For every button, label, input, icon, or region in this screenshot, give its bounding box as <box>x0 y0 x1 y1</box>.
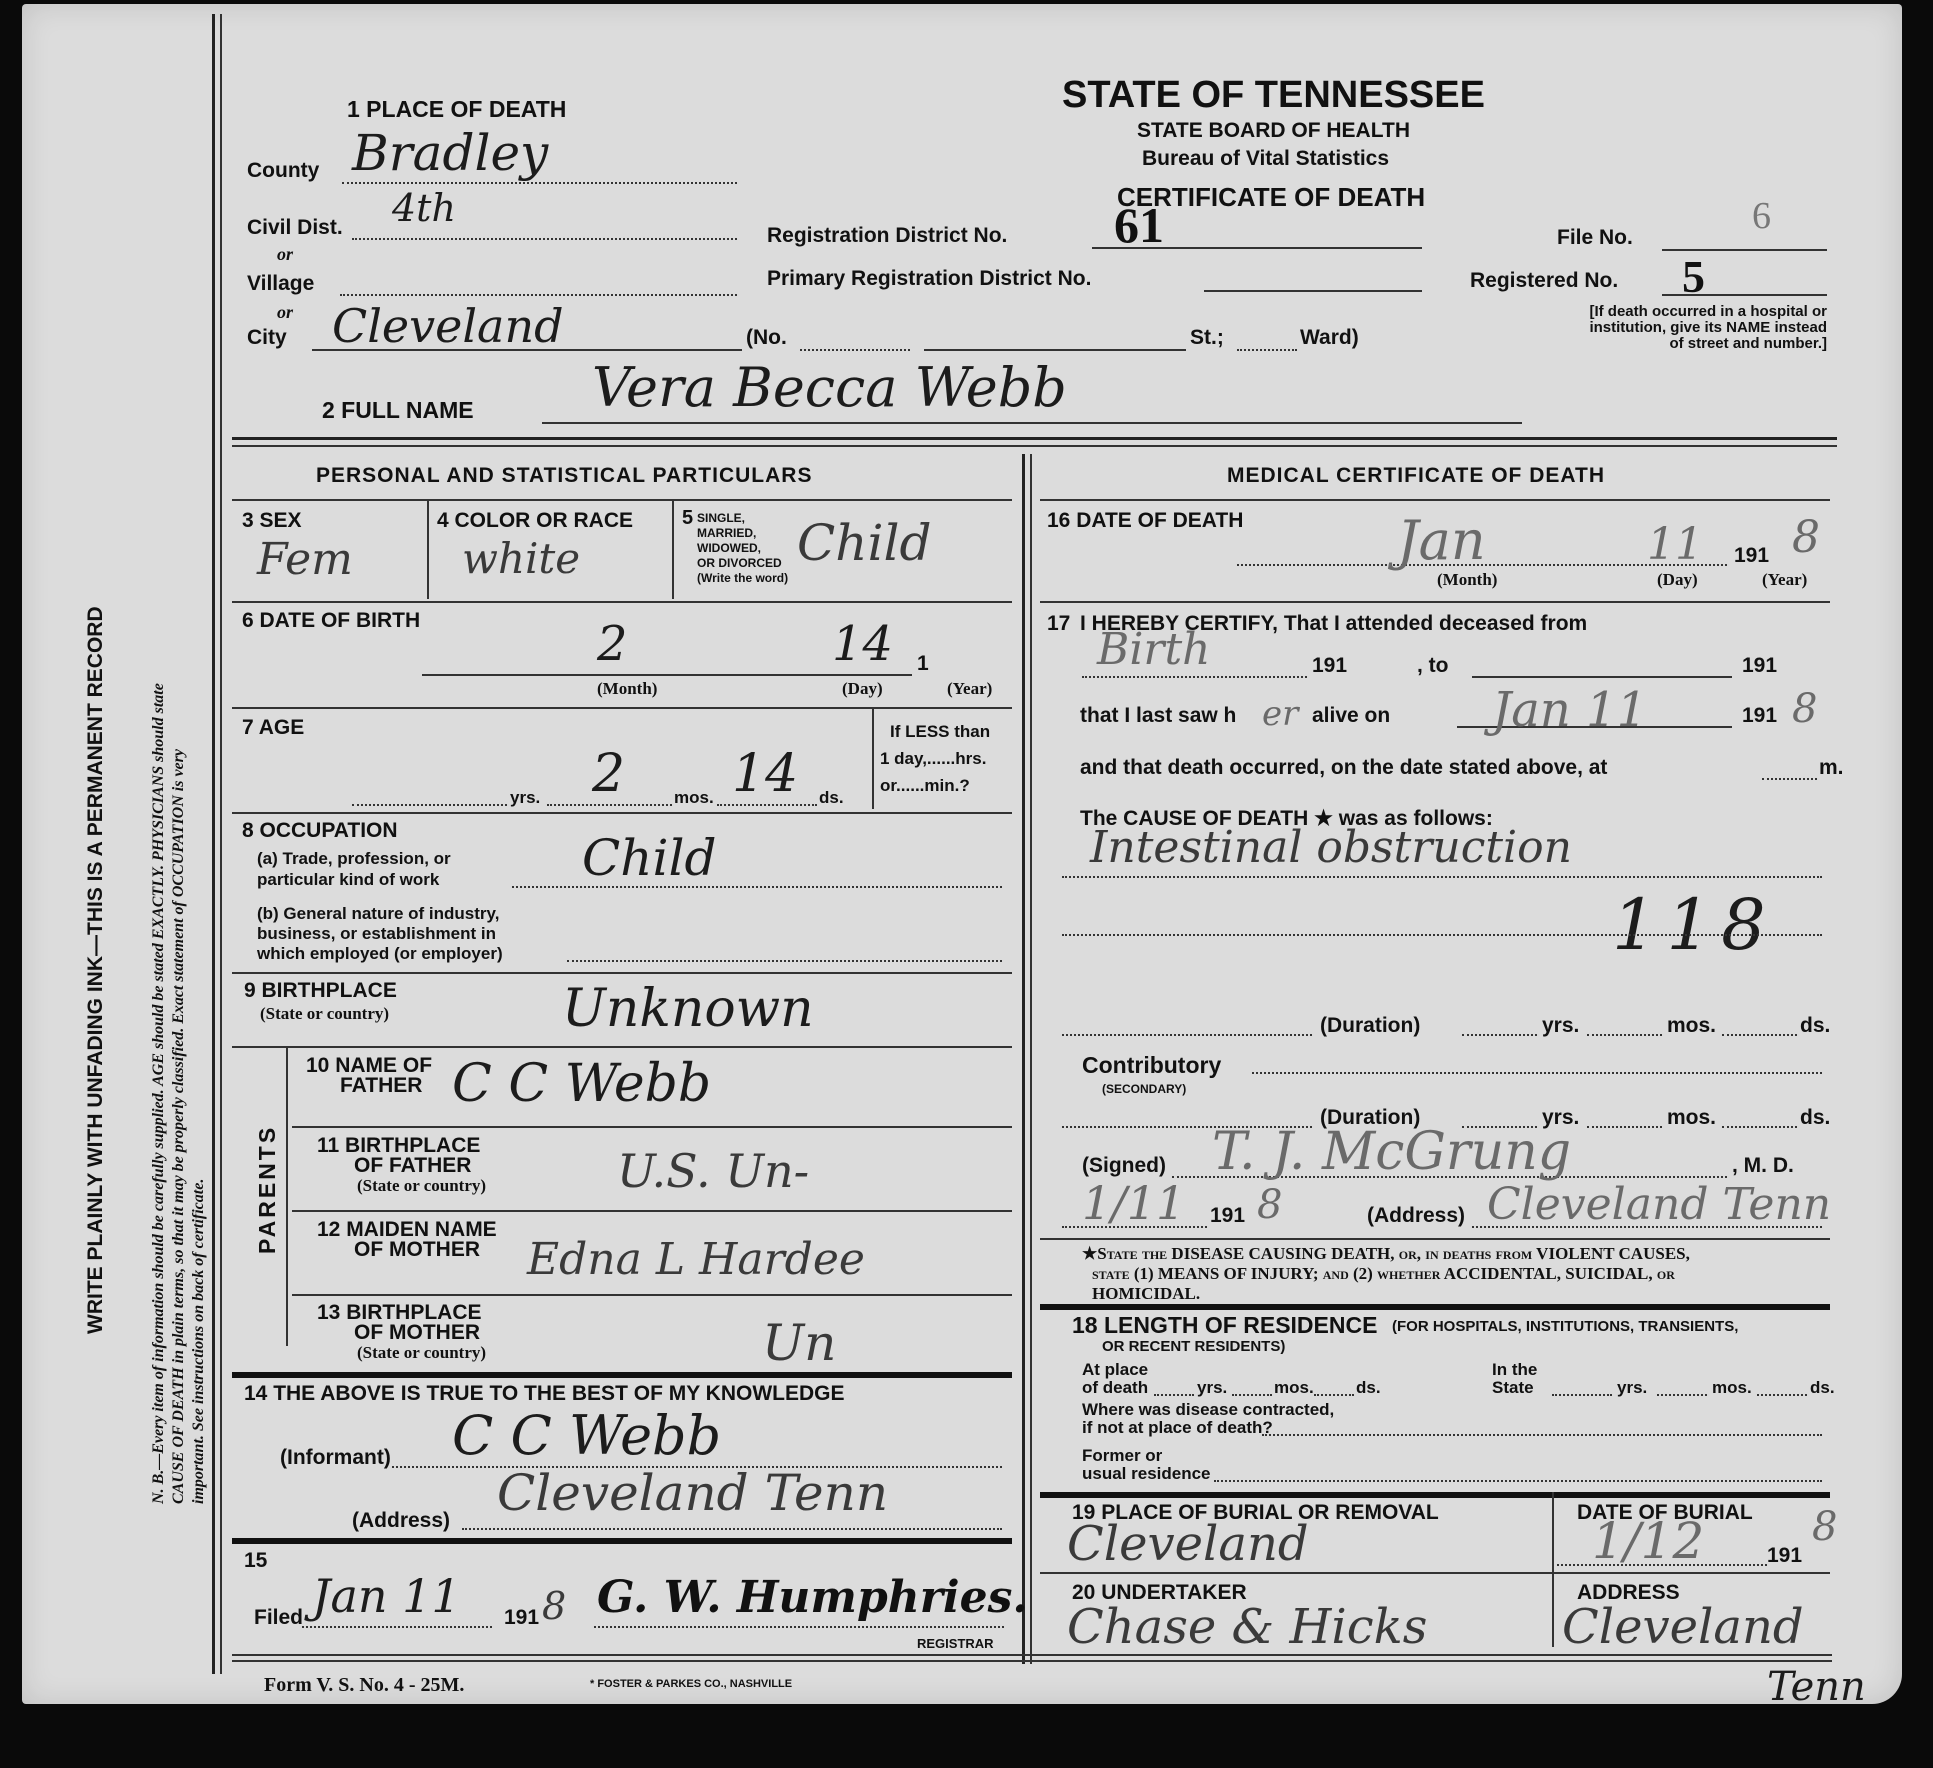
residence-sub-2: OR RECENT RESIDENTS) <box>1102 1338 1285 1355</box>
signed-year-prefix: 191 <box>1210 1204 1245 1228</box>
marital-label-line: WIDOWED, <box>697 541 788 556</box>
birthplace-sub: (State or country) <box>260 1004 389 1024</box>
county-line <box>342 182 737 184</box>
age-months: 2 <box>592 744 625 804</box>
marital-label-line: MARRIED, <box>697 526 788 541</box>
residence-label: 18 LENGTH OF RESIDENCE <box>1072 1312 1377 1339</box>
rule-personal-4 <box>232 812 1012 814</box>
in-state-ds-line <box>1757 1394 1807 1396</box>
occupation-b-3: which employed (or employer) <box>257 944 503 964</box>
civil-dist-label: Civil Dist. <box>247 216 343 240</box>
occupation-a-1: (a) Trade, profession, or <box>257 849 451 869</box>
or-2: or <box>277 302 293 323</box>
marital-label-num: 5 <box>682 507 693 530</box>
rule-bottom-2 <box>232 1660 1832 1662</box>
full-name-label: 2 FULL NAME <box>322 397 474 424</box>
printer-credit: * FOSTER & PARKES CO., NASHVILLE <box>590 1678 792 1690</box>
cause-line-2 <box>1062 934 1822 936</box>
duration-yrs-line-1 <box>1462 1034 1537 1036</box>
where-contracted-line <box>1262 1434 1822 1436</box>
or-1: or <box>277 244 293 265</box>
rule-personal-2 <box>232 601 1012 603</box>
place-of-death-title: 1 PLACE OF DEATH <box>347 96 566 123</box>
registration-district-label: Registration District No. <box>767 224 1007 248</box>
dob-month-caption: (Month) <box>597 679 657 699</box>
signed-value: T. J. McGrung <box>1212 1122 1571 1182</box>
footnote-2: state (1) MEANS OF INJURY; and (2) wheth… <box>1092 1264 1675 1284</box>
rule-top-2 <box>232 445 1837 447</box>
signed-year-value: 8 <box>1257 1182 1282 1228</box>
occupation-label: 8 OCCUPATION <box>242 819 398 843</box>
death-time-line <box>1762 778 1817 780</box>
in-state-2: State <box>1492 1378 1534 1398</box>
marital-label-line: SINGLE, <box>697 511 788 526</box>
primary-registration-label: Primary Registration District No. <box>767 267 1091 291</box>
margin-border-left-inner <box>220 14 222 1674</box>
city-label: City <box>247 326 287 350</box>
street-line <box>924 349 1186 351</box>
mother-bp-2: OF MOTHER <box>354 1321 480 1345</box>
marital-label: SINGLE, MARRIED, WIDOWED, OR DIVORCED (W… <box>697 511 788 586</box>
occupation-b-2: business, or establishment in <box>257 924 496 944</box>
in-state-yrs: yrs. <box>1617 1378 1647 1398</box>
village-line <box>340 294 737 296</box>
duration-mos-line-2 <box>1587 1126 1662 1128</box>
duration-ds-2: ds. <box>1800 1106 1830 1130</box>
duration-mos-2: mos. <box>1667 1106 1716 1130</box>
dod-label: 16 DATE OF DEATH <box>1047 509 1243 533</box>
registrar-line <box>594 1626 1004 1628</box>
in-state-ds: ds. <box>1810 1378 1835 1398</box>
undertaker-address-value-2: Tenn <box>1767 1664 1866 1710</box>
mother-value: Edna L Hardee <box>527 1234 865 1285</box>
duration-ds-1: ds. <box>1800 1014 1830 1038</box>
sig-address-label: (Address) <box>1367 1204 1465 1228</box>
address-label: (Address) <box>352 1509 450 1533</box>
duration-yrs-1: yrs. <box>1542 1014 1579 1038</box>
sex-divider <box>427 499 429 599</box>
last-saw-pronoun: er <box>1262 694 1298 734</box>
registered-no-value: 5 <box>1682 250 1705 303</box>
rule-personal-1 <box>232 499 1012 501</box>
rule-personal-3 <box>232 707 1012 709</box>
true-label: 14 THE ABOVE IS TRUE TO THE BEST OF MY K… <box>244 1382 845 1406</box>
signed-label: (Signed) <box>1082 1154 1166 1178</box>
undertaker-value: Chase & Hicks <box>1067 1599 1427 1655</box>
in-state-yrs-line <box>1552 1394 1612 1396</box>
race-divider <box>672 499 674 599</box>
marital-label-line: (Write the word) <box>697 571 788 586</box>
age-less-divider <box>872 707 874 809</box>
footnote-1: ★State the DISEASE CAUSING DEATH, or, in… <box>1082 1244 1690 1264</box>
cause-code: 118 <box>1612 884 1776 966</box>
center-divider <box>1022 454 1025 1664</box>
center-divider-2 <box>1030 454 1032 1664</box>
attended-to-year: 191 <box>1742 654 1777 678</box>
rule-personal-8 <box>232 1538 1012 1544</box>
header-board: STATE BOARD OF HEALTH <box>1137 119 1410 143</box>
former-residence-line <box>1214 1480 1822 1482</box>
undertaker-address-value: Cleveland <box>1562 1599 1804 1655</box>
item-15: 15 <box>244 1549 267 1573</box>
age-yrs-label: yrs. <box>510 788 540 808</box>
dob-year-caption: (Year) <box>947 679 992 699</box>
filed-year-prefix: 191 <box>504 1606 539 1630</box>
rule-medical-6 <box>1040 1572 1830 1574</box>
ward-label: Ward) <box>1300 326 1359 350</box>
dob-label: 6 DATE OF BIRTH <box>242 609 420 633</box>
file-no-label: File No. <box>1557 226 1633 250</box>
last-saw-year: 8 <box>1792 686 1817 732</box>
occupation-a-2: particular kind of work <box>257 870 439 890</box>
footnote-3: HOMICIDAL. <box>1092 1284 1200 1304</box>
duration-ds-line-2 <box>1722 1126 1797 1128</box>
father-value: C C Webb <box>452 1054 711 1114</box>
full-name-value: Vera Becca Webb <box>592 356 1067 419</box>
mother-bp-value: Un <box>762 1314 836 1372</box>
ward-line <box>1237 349 1297 351</box>
medical-section-title: MEDICAL CERTIFICATE OF DEATH <box>1227 464 1605 488</box>
to-label: , to <box>1417 654 1449 678</box>
rule-personal-5 <box>232 972 1012 974</box>
age-days-line <box>717 804 817 806</box>
address-line <box>462 1528 1002 1530</box>
rule-father-bp <box>292 1210 1012 1212</box>
dod-year-caption: (Year) <box>1762 570 1807 590</box>
duration-line-1 <box>1062 1034 1312 1036</box>
item-17: 17 <box>1047 612 1070 636</box>
civil-dist-value: 4th <box>392 186 456 230</box>
marital-label-line: OR DIVORCED <box>697 556 788 571</box>
sex-label: 3 SEX <box>242 509 302 533</box>
former-residence-2: usual residence <box>1082 1464 1211 1484</box>
attended-from-line <box>1082 676 1307 678</box>
birthplace-label: 9 BIRTHPLACE <box>244 979 397 1003</box>
at-place-mos: mos. <box>1274 1378 1314 1398</box>
md-label: , M. D. <box>1732 1154 1794 1178</box>
last-saw-year-prefix: 191 <box>1742 704 1777 728</box>
village-label: Village <box>247 272 314 296</box>
age-months-line <box>547 804 672 806</box>
dob-year-prefix: 1 <box>917 652 929 676</box>
dod-month-caption: (Month) <box>1437 570 1497 590</box>
duration-mos-line-1 <box>1587 1034 1662 1036</box>
rule-bottom-1 <box>232 1654 1832 1656</box>
hospital-note: [If death occurred in a hospital or inst… <box>1582 304 1827 352</box>
where-contracted-2: if not at place of death? <box>1082 1418 1273 1438</box>
at-place-yrs: yrs. <box>1197 1378 1227 1398</box>
civil-dist-line <box>352 238 737 240</box>
dod-year-value: 8 <box>1792 512 1820 563</box>
rule-personal-7 <box>232 1372 1012 1378</box>
rule-medical-3 <box>1040 1238 1830 1240</box>
margin-nb-line3: important. See instructions on back of c… <box>190 1179 208 1504</box>
dob-day-caption: (Day) <box>842 679 883 699</box>
address-value: Cleveland Tenn <box>497 1464 888 1522</box>
margin-nb-line1: N. B.—Every item of information should b… <box>150 683 168 1504</box>
county-label: County <box>247 159 319 183</box>
file-no-value: 6 <box>1752 194 1771 238</box>
parents-label: PARENTS <box>254 1125 281 1254</box>
dob-month: 2 <box>597 616 628 672</box>
father-label-2: FATHER <box>340 1074 422 1098</box>
m-label: m. <box>1819 756 1844 780</box>
dod-day-caption: (Day) <box>1657 570 1698 590</box>
duration-ds-line-1 <box>1722 1034 1797 1036</box>
race-value: white <box>462 534 580 583</box>
father-bp-3: (State or country) <box>357 1176 486 1196</box>
marital-value: Child <box>797 514 931 572</box>
in-state-mos-line <box>1657 1394 1707 1396</box>
father-bp-2: OF FATHER <box>354 1154 471 1178</box>
burial-year-prefix: 191 <box>1767 1544 1802 1568</box>
burial-date-value: 1/12 <box>1592 1512 1704 1570</box>
at-place-yrs-line <box>1154 1394 1194 1396</box>
at-place-mos-line <box>1232 1394 1272 1396</box>
city-value: Cleveland <box>332 299 564 353</box>
cause-value: Intestinal obstruction <box>1090 822 1572 873</box>
at-place-ds: ds. <box>1356 1378 1381 1398</box>
rule-medical-1 <box>1040 499 1830 501</box>
occupation-a-value: Child <box>582 829 716 887</box>
father-bp-value: U.S. Un- <box>617 1144 809 1198</box>
mother-label-2: OF MOTHER <box>354 1238 480 1262</box>
rule-mother <box>292 1294 1012 1296</box>
dod-month: Jan <box>1397 509 1486 572</box>
registered-no-label: Registered No. <box>1470 269 1618 293</box>
in-state-1: In the <box>1492 1360 1537 1380</box>
personal-section-title: PERSONAL AND STATISTICAL PARTICULARS <box>316 464 812 488</box>
burial-date-divider <box>1552 1492 1554 1647</box>
attended-from-year: 191 <box>1312 654 1347 678</box>
primary-registration-line <box>1204 290 1422 292</box>
race-label: 4 COLOR OR RACE <box>437 509 633 533</box>
street-no-line <box>800 349 910 351</box>
filed-label: Filed <box>254 1606 303 1630</box>
dob-day: 14 <box>832 616 893 672</box>
in-state-mos: mos. <box>1712 1378 1752 1398</box>
registrar-label: REGISTRAR <box>917 1636 994 1651</box>
attended-from-value: Birth <box>1097 624 1210 675</box>
at-place-2: of death <box>1082 1378 1148 1398</box>
death-certificate: WRITE PLAINLY WITH UNFADING INK—THIS IS … <box>22 4 1902 1704</box>
death-occurred-label: and that death occurred, on the date sta… <box>1080 756 1607 780</box>
rule-medical-5 <box>1040 1492 1830 1498</box>
attended-to-line <box>1472 676 1732 678</box>
full-name-line <box>542 422 1522 424</box>
filed-value: Jan 11 <box>312 1569 461 1623</box>
less-than-line1: If LESS than <box>890 722 990 742</box>
last-saw-date: Jan 11 <box>1492 682 1647 738</box>
at-place-ds-line <box>1314 1394 1354 1396</box>
dod-day: 11 <box>1647 519 1703 570</box>
filed-line <box>302 1626 492 1628</box>
dod-year-prefix: 191 <box>1734 544 1769 568</box>
age-label: 7 AGE <box>242 716 304 740</box>
form-number: Form V. S. No. 4 - 25M. <box>264 1674 464 1697</box>
burial-year-value: 8 <box>1812 1504 1837 1550</box>
street-no-label: (No. <box>746 326 787 350</box>
parents-divider <box>286 1046 288 1346</box>
duration-label-1: (Duration) <box>1320 1014 1420 1038</box>
county-value: Bradley <box>352 124 548 182</box>
informant-label: (Informant) <box>280 1446 391 1470</box>
birthplace-value: Unknown <box>562 979 814 1039</box>
signed-date: 1/11 <box>1082 1176 1185 1230</box>
cause-line-1 <box>1062 876 1822 878</box>
former-residence-1: Former or <box>1082 1446 1162 1466</box>
less-than-line2: 1 day,......hrs. <box>880 749 986 769</box>
last-saw-label-1: that I last saw h <box>1080 704 1236 728</box>
secondary-label: (SECONDARY) <box>1102 1082 1186 1096</box>
contributory-label: Contributory <box>1082 1052 1221 1079</box>
age-ds-label: ds. <box>819 788 844 808</box>
informant-value: C C Webb <box>452 1404 721 1467</box>
last-saw-label-2: alive on <box>1312 704 1390 728</box>
occupation-b-1: (b) General nature of industry, <box>257 904 499 924</box>
less-than-line3: or......min.? <box>880 776 970 796</box>
contributory-line <box>1252 1072 1822 1074</box>
street-label: St.; <box>1190 326 1224 350</box>
margin-border-left <box>212 14 215 1674</box>
header-bureau: Bureau of Vital Statistics <box>1142 147 1389 171</box>
where-contracted-1: Where was disease contracted, <box>1082 1400 1334 1420</box>
occupation-b-line <box>567 960 1002 962</box>
header-state: STATE OF TENNESSEE <box>1062 74 1485 117</box>
duration-mos-1: mos. <box>1667 1014 1716 1038</box>
registrar-signature: G. W. Humphries. <box>597 1572 1028 1623</box>
age-days: 14 <box>732 744 798 804</box>
margin-write-plainly: WRITE PLAINLY WITH UNFADING INK—THIS IS … <box>84 606 108 1334</box>
mother-bp-3: (State or country) <box>357 1343 486 1363</box>
filed-year-value: 8 <box>542 1584 566 1628</box>
rule-top-1 <box>232 437 1837 440</box>
rule-medical-2 <box>1040 601 1830 603</box>
margin-nb-line2: CAUSE OF DEATH in plain terms, so that i… <box>170 749 188 1504</box>
age-years-line <box>352 804 507 806</box>
rule-medical-4 <box>1040 1304 1830 1310</box>
residence-sub-1: (FOR HOSPITALS, INSTITUTIONS, TRANSIENTS… <box>1392 1318 1738 1335</box>
at-place-1: At place <box>1082 1360 1148 1380</box>
registration-district-value: 61 <box>1114 196 1164 254</box>
sig-address-value: Cleveland Tenn <box>1487 1179 1831 1230</box>
burial-place-value: Cleveland <box>1067 1516 1309 1572</box>
dob-line <box>422 674 912 676</box>
rule-father <box>292 1126 1012 1128</box>
age-mos-label: mos. <box>674 788 714 808</box>
sex-value: Fem <box>257 534 353 585</box>
rule-personal-6 <box>232 1046 1012 1048</box>
